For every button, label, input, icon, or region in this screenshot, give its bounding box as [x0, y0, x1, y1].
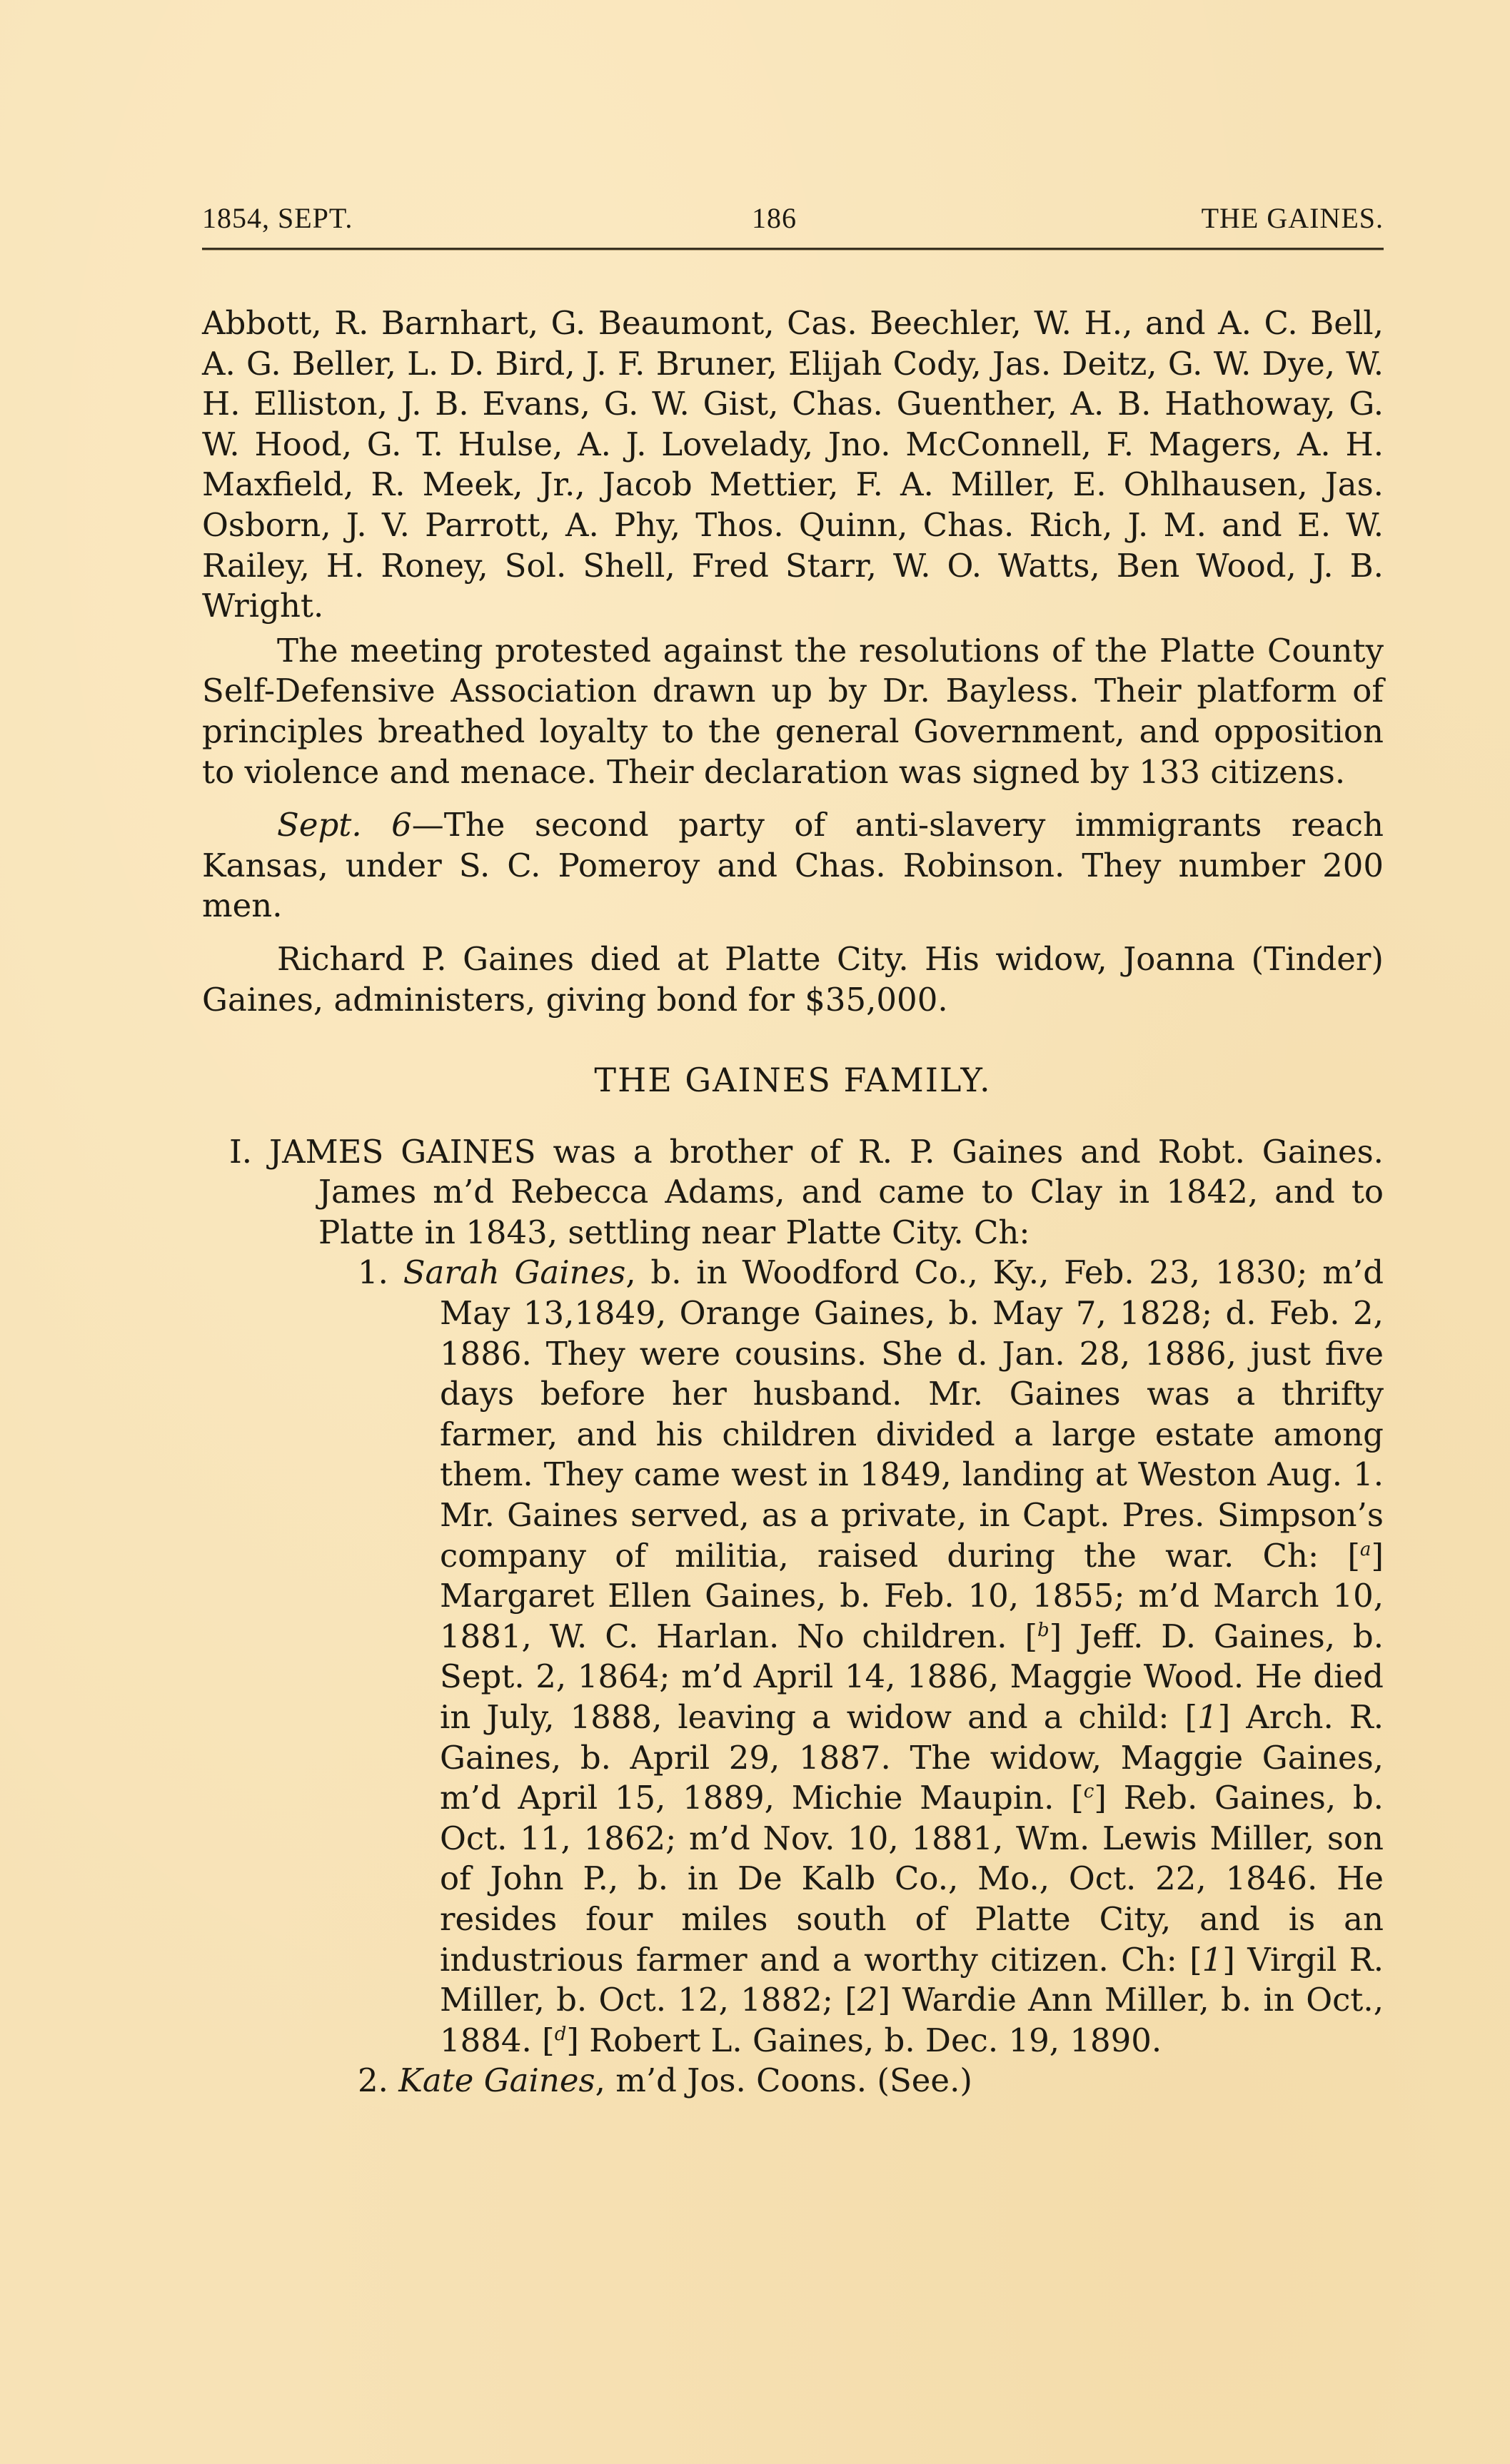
- marker-letter: b: [1037, 1620, 1050, 1641]
- footnote-marker: [b]: [1025, 1617, 1062, 1655]
- index-number: 2: [857, 1981, 878, 2019]
- running-head-title: THE GAINES.: [1202, 201, 1384, 235]
- body-text: Abbott, R. Barnhart, G. Beaumont, Cas. B…: [202, 303, 1384, 2101]
- entry-text: Robert L. Gaines, b. Dec. 19, 1890.: [579, 2021, 1162, 2059]
- entry-numeral: I.: [229, 1133, 252, 1171]
- page-number: 186: [752, 201, 797, 235]
- section-title: THE GAINES FAMILY.: [202, 1060, 1384, 1101]
- child-number: 1.: [358, 1253, 403, 1291]
- child-entry: 1. Sarah Gaines, b. in Woodford Co., Ky.…: [202, 1253, 1384, 2061]
- footnote-marker: [c]: [1071, 1779, 1107, 1817]
- entry-text: , m’d Jos. Coons. (See.): [595, 2061, 972, 2099]
- child-index: [1]: [1185, 1698, 1231, 1736]
- index-number: 1: [1197, 1698, 1218, 1736]
- entry-date: Sept. 6: [277, 806, 412, 844]
- child-number: 2.: [358, 2061, 398, 2099]
- marker-letter: c: [1084, 1781, 1094, 1802]
- child-name: Sarah Gaines: [403, 1253, 626, 1291]
- running-head-date: 1854, SEPT.: [202, 201, 353, 235]
- child-index: [2]: [845, 1981, 890, 2019]
- running-head: 1854, SEPT. 186 THE GAINES.: [202, 201, 1384, 237]
- footnote-marker: [a]: [1347, 1537, 1384, 1575]
- child-entry: 2. Kate Gaines, m’d Jos. Coons. (See.): [202, 2061, 1384, 2101]
- marker-letter: a: [1360, 1539, 1371, 1560]
- sept6-paragraph: Sept. 6—The second party of anti-slavery…: [202, 805, 1384, 926]
- entry-text: , b. in Woodford Co., Ky., Feb. 23, 1830…: [440, 1253, 1384, 1574]
- child-index: [1]: [1189, 1941, 1235, 1979]
- footnote-marker: [d]: [542, 2021, 579, 2059]
- signers-list: Abbott, R. Barnhart, G. Beaumont, Cas. B…: [202, 303, 1384, 627]
- family-entry: I. JAMES GAINES was a brother of R. P. G…: [202, 1132, 1384, 1253]
- entry-name: JAMES GAINES: [269, 1133, 536, 1171]
- gaines-death-paragraph: Richard P. Gaines died at Platte City. H…: [202, 939, 1384, 1020]
- meeting-paragraph: The meeting protested against the resolu…: [202, 631, 1384, 792]
- child-name: Kate Gaines: [398, 2061, 595, 2099]
- index-number: 1: [1202, 1941, 1223, 1979]
- marker-letter: d: [555, 2024, 567, 2045]
- header-rule: [202, 248, 1384, 251]
